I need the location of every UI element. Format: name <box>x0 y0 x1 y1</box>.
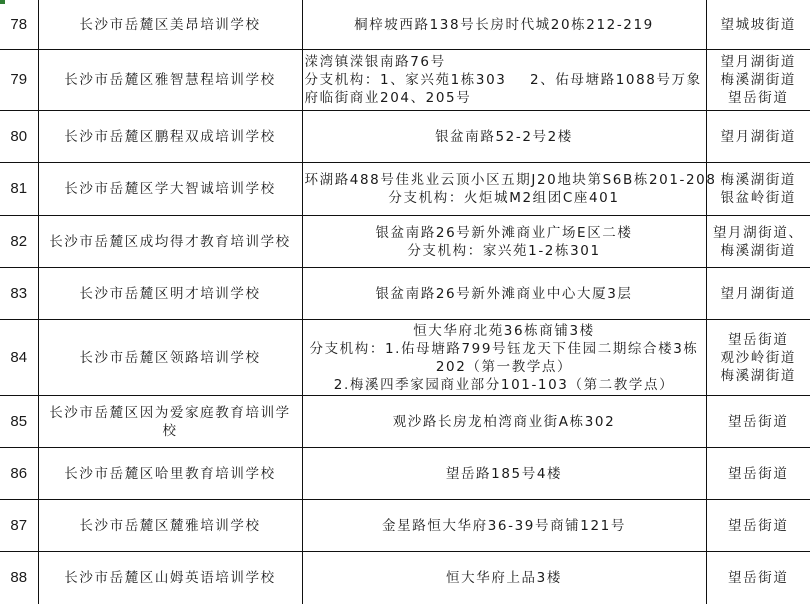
address-line: 银盆南路26号新外滩商业广场E区二楼 <box>305 224 704 242</box>
row-number: 87 <box>0 500 38 552</box>
address-line: 观沙路长房龙柏湾商业街A栋302 <box>305 413 704 431</box>
address-line: 环湖路488号佳兆业云顶小区五期J20地块第S6B栋201-208 <box>305 171 704 189</box>
row-number: 82 <box>0 216 38 268</box>
address-line: 府临街商业204、205号 <box>305 89 704 107</box>
school-name: 长沙市岳麓区山姆英语培训学校 <box>38 552 302 604</box>
table-row: 84长沙市岳麓区领路培训学校恒大华府北苑36栋商铺3楼分支机构：1.佑母塘路79… <box>0 320 810 396</box>
table-row: 86长沙市岳麓区哈里教育培训学校望岳路185号4楼望岳街道 <box>0 448 810 500</box>
table-row: 88长沙市岳麓区山姆英语培训学校恒大华府上品3楼望岳街道 <box>0 552 810 604</box>
school-address: 银盆南路26号新外滩商业广场E区二楼分支机构：家兴苑1-2栋301 <box>302 216 706 268</box>
address-line: 分支机构：1.佑母塘路799号钰龙天下佳园二期综合楼3栋 <box>305 340 704 358</box>
school-name: 长沙市岳麓区明才培训学校 <box>38 268 302 320</box>
subdistrict-line: 望月湖街道、 <box>709 224 809 242</box>
school-address: 银盆南路26号新外滩商业中心大厦3层 <box>302 268 706 320</box>
subdistrict: 望月湖街道、梅溪湖街道 <box>706 216 810 268</box>
subdistrict-line: 望岳街道 <box>709 413 809 431</box>
school-address: 恒大华府上品3楼 <box>302 552 706 604</box>
school-name-line: 长沙市岳麓区因为爱家庭教育培训学 <box>41 404 300 422</box>
school-address: 金星路恒大华府36-39号商铺121号 <box>302 500 706 552</box>
school-name: 长沙市岳麓区麓雅培训学校 <box>38 500 302 552</box>
address-line: 溁湾镇溁银南路76号 <box>305 53 704 71</box>
row-number: 78 <box>0 0 38 50</box>
row-number: 79 <box>0 50 38 111</box>
address-line: 分支机构：1、家兴苑1栋303 2、佑母塘路1088号万象 <box>305 71 704 89</box>
subdistrict-line: 望岳街道 <box>709 517 809 535</box>
school-address: 观沙路长房龙柏湾商业街A栋302 <box>302 396 706 448</box>
table-row: 85长沙市岳麓区因为爱家庭教育培训学校观沙路长房龙柏湾商业街A栋302望岳街道 <box>0 396 810 448</box>
subdistrict-line: 梅溪湖街道 <box>709 242 809 260</box>
subdistrict-line: 梅溪湖街道 <box>709 71 809 89</box>
school-name: 长沙市岳麓区雅智慧程培训学校 <box>38 50 302 111</box>
row-number: 86 <box>0 448 38 500</box>
school-name: 长沙市岳麓区哈里教育培训学校 <box>38 448 302 500</box>
school-address: 溁湾镇溁银南路76号分支机构：1、家兴苑1栋303 2、佑母塘路1088号万象府… <box>302 50 706 111</box>
subdistrict-line: 望城坡街道 <box>709 16 809 34</box>
table-row: 78长沙市岳麓区美昂培训学校桐梓坡西路138号长房时代城20栋212-219望城… <box>0 0 810 50</box>
subdistrict-line: 梅溪湖街道 <box>709 171 809 189</box>
school-name: 长沙市岳麓区因为爱家庭教育培训学校 <box>38 396 302 448</box>
address-line: 望岳路185号4楼 <box>305 465 704 483</box>
school-address: 环湖路488号佳兆业云顶小区五期J20地块第S6B栋201-208分支机构：火炬… <box>302 163 706 216</box>
school-name-line: 校 <box>41 422 300 440</box>
table-row: 81长沙市岳麓区学大智诚培训学校环湖路488号佳兆业云顶小区五期J20地块第S6… <box>0 163 810 216</box>
subdistrict: 望月湖街道 <box>706 111 810 163</box>
subdistrict-line: 望岳街道 <box>709 465 809 483</box>
subdistrict: 望月湖街道 <box>706 268 810 320</box>
subdistrict-line: 望月湖街道 <box>709 128 809 146</box>
table-row: 79长沙市岳麓区雅智慧程培训学校溁湾镇溁银南路76号分支机构：1、家兴苑1栋30… <box>0 50 810 111</box>
school-list-table: 78长沙市岳麓区美昂培训学校桐梓坡西路138号长房时代城20栋212-219望城… <box>0 0 810 604</box>
subdistrict: 梅溪湖街道银盆岭街道 <box>706 163 810 216</box>
subdistrict-line: 梅溪湖街道 <box>709 367 809 385</box>
row-number: 80 <box>0 111 38 163</box>
address-line: 2.梅溪四季家园商业部分101-103（第二教学点） <box>305 376 704 394</box>
subdistrict-line: 望岳街道 <box>709 331 809 349</box>
table-row: 87长沙市岳麓区麓雅培训学校金星路恒大华府36-39号商铺121号望岳街道 <box>0 500 810 552</box>
address-line: 恒大华府北苑36栋商铺3楼 <box>305 322 704 340</box>
address-line: 分支机构：火炬城M2组团C座401 <box>305 189 704 207</box>
subdistrict: 望岳街道观沙岭街道梅溪湖街道 <box>706 320 810 396</box>
subdistrict-line: 观沙岭街道 <box>709 349 809 367</box>
address-line: 202（第一教学点） <box>305 358 704 376</box>
table-row: 82长沙市岳麓区成均得才教育培训学校银盆南路26号新外滩商业广场E区二楼分支机构… <box>0 216 810 268</box>
subdistrict-line: 银盆岭街道 <box>709 189 809 207</box>
subdistrict-line: 望月湖街道 <box>709 285 809 303</box>
table-row: 80长沙市岳麓区鹏程双成培训学校银盆南路52-2号2楼望月湖街道 <box>0 111 810 163</box>
school-address: 桐梓坡西路138号长房时代城20栋212-219 <box>302 0 706 50</box>
school-name: 长沙市岳麓区领路培训学校 <box>38 320 302 396</box>
address-line: 分支机构：家兴苑1-2栋301 <box>305 242 704 260</box>
address-line: 恒大华府上品3楼 <box>305 569 704 587</box>
row-number: 83 <box>0 268 38 320</box>
address-line: 金星路恒大华府36-39号商铺121号 <box>305 517 704 535</box>
row-number: 88 <box>0 552 38 604</box>
subdistrict-line: 望岳街道 <box>709 89 809 107</box>
school-name: 长沙市岳麓区美昂培训学校 <box>38 0 302 50</box>
table-row: 83长沙市岳麓区明才培训学校银盆南路26号新外滩商业中心大厦3层望月湖街道 <box>0 268 810 320</box>
address-line: 桐梓坡西路138号长房时代城20栋212-219 <box>305 16 704 34</box>
subdistrict: 望岳街道 <box>706 448 810 500</box>
row-number: 85 <box>0 396 38 448</box>
row-number: 84 <box>0 320 38 396</box>
subdistrict: 望岳街道 <box>706 396 810 448</box>
school-address: 银盆南路52-2号2楼 <box>302 111 706 163</box>
school-address: 恒大华府北苑36栋商铺3楼分支机构：1.佑母塘路799号钰龙天下佳园二期综合楼3… <box>302 320 706 396</box>
row-number: 81 <box>0 163 38 216</box>
subdistrict: 望月湖街道梅溪湖街道望岳街道 <box>706 50 810 111</box>
subdistrict: 望岳街道 <box>706 552 810 604</box>
school-name: 长沙市岳麓区鹏程双成培训学校 <box>38 111 302 163</box>
subdistrict: 望岳街道 <box>706 500 810 552</box>
address-line: 银盆南路26号新外滩商业中心大厦3层 <box>305 285 704 303</box>
school-name: 长沙市岳麓区学大智诚培训学校 <box>38 163 302 216</box>
school-address: 望岳路185号4楼 <box>302 448 706 500</box>
subdistrict-line: 望岳街道 <box>709 569 809 587</box>
school-name: 长沙市岳麓区成均得才教育培训学校 <box>38 216 302 268</box>
subdistrict: 望城坡街道 <box>706 0 810 50</box>
subdistrict-line: 望月湖街道 <box>709 53 809 71</box>
address-line: 银盆南路52-2号2楼 <box>305 128 704 146</box>
